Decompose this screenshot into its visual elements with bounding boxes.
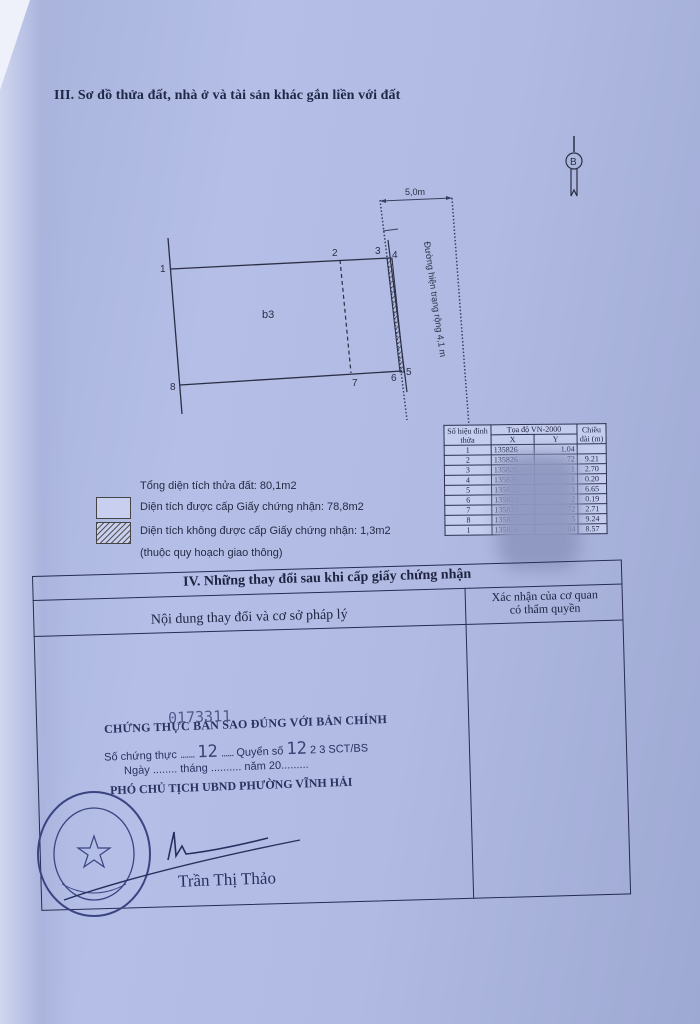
parcel-diagram: 5,0m 1 2 3 4 5 6 7 8 b3 Đường hiện trạng… — [0, 0, 700, 440]
vertex-6: 6 — [391, 373, 397, 384]
total-area-text: Tổng diện tích thửa đất: 80,1m2 — [140, 480, 297, 492]
cell-point: 7 — [445, 505, 492, 515]
cell-point: 8 — [445, 515, 492, 525]
header-length: Chiều dài (m) — [577, 424, 606, 444]
vertex-5: 5 — [406, 367, 412, 378]
cell-length: 0.19 — [578, 494, 607, 504]
cell-point: 1 — [445, 525, 492, 535]
cell-point: 4 — [444, 475, 491, 485]
cell-point: 2 — [444, 455, 491, 465]
signer-name: Trần Thị Thảo — [178, 868, 277, 891]
vertex-3: 3 — [375, 246, 381, 257]
road-label: Đường hiện trạng rộng 4,1 m — [422, 241, 448, 358]
vertex-1: 1 — [160, 264, 166, 275]
cell-point: 3 — [444, 465, 491, 475]
cell-point: 1 — [444, 445, 491, 455]
cell-length: 9.24 — [578, 514, 607, 524]
vertex-2: 2 — [332, 248, 338, 259]
north-arrow-icon: B — [560, 136, 590, 200]
granted-area-text: Diện tích được cấp Giấy chứng nhận: 78,8… — [140, 501, 364, 513]
vertex-8: 8 — [170, 382, 176, 393]
header-y: Y — [534, 434, 577, 444]
book-label: Quyển số — [236, 745, 283, 759]
not-granted-area-text: Diện tích không được cấp Giấy chứng nhận… — [140, 525, 391, 537]
cell-point: 6 — [445, 495, 492, 505]
cell-length: 2.70 — [577, 464, 606, 474]
not-granted-note: (thuộc quy hoạch giao thông) — [140, 547, 283, 559]
book-value: 12 — [286, 739, 307, 760]
book-suffix: 2 3 SCT/BS — [310, 742, 368, 756]
road-width-label: 5,0m — [405, 187, 425, 197]
cell-point: 5 — [445, 485, 492, 495]
cell-length: 8.57 — [578, 524, 607, 534]
redacted-coordinates — [498, 452, 580, 570]
cell-length: 2.71 — [578, 504, 607, 514]
number-value: 12 — [197, 742, 218, 763]
not-granted-area-swatch — [96, 522, 131, 544]
granted-area-swatch — [96, 497, 131, 519]
vertex-4: 4 — [392, 250, 398, 261]
stamp-number: 0173311 — [168, 707, 232, 727]
cell-length: 0.20 — [577, 474, 606, 484]
cell-length: 6.65 — [578, 484, 607, 494]
cell-length — [577, 444, 606, 454]
vertex-7: 7 — [352, 378, 358, 389]
header-point: Số hiệu đỉnh thửa — [444, 425, 491, 445]
number-label: Số chứng thực — [104, 749, 177, 764]
cell-length: 9.21 — [577, 454, 606, 464]
header-x: X — [491, 434, 534, 444]
column-confirm-header: Xác nhận của cơ quan có thẩm quyền — [467, 588, 624, 618]
parcel-label: b3 — [262, 309, 274, 321]
north-marker-label: B — [570, 157, 577, 168]
